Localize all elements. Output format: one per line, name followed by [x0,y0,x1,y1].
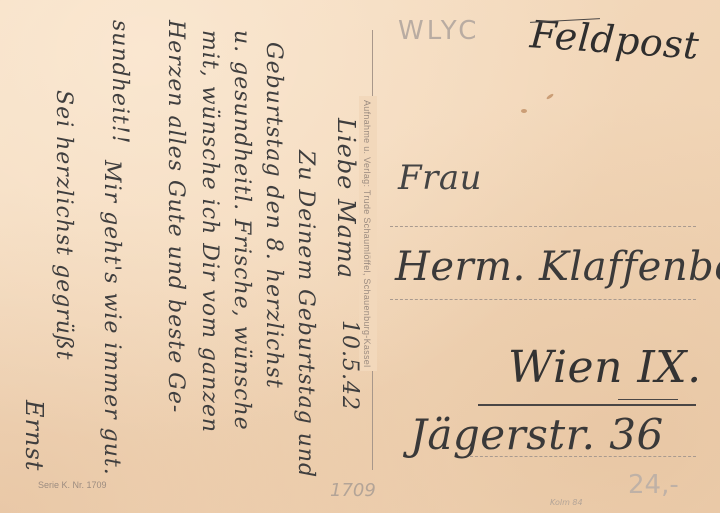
message-line-5: Herzen alles Gute und beste Ge- [163,20,188,413]
pencil-price-note: 24,- [628,470,679,500]
ink-stain [521,109,527,113]
message-date: 10.5.42 [337,320,362,411]
message-line-4: mit, wünsche ich Dir vom ganzen [197,30,222,433]
message-line-7: Mir geht's wie immer gut. [99,160,124,476]
pencil-code-note: WLYC [398,16,479,46]
address-line-1 [390,226,696,227]
address-salutation: Frau [398,158,482,198]
address-city: Wien IX. [508,342,702,393]
message-line-1: Zu Deinem Geburtstag und [293,150,318,478]
ink-stain [546,93,554,100]
message-line-8: Sei herzlichst gegrüßt [51,90,76,361]
address-line-2 [390,299,696,300]
pencil-number-note: 1709 [330,480,376,501]
series-number: Serie K. Nr. 1709 [38,480,107,490]
pencil-small-note: Kolm 84 [550,498,583,507]
message-signature: Ernst [20,400,48,471]
address-street: Jägerstr. 36 [410,410,664,459]
postcard: Aufnahme u. Verlag: Trude Schaumlöffel, … [0,0,720,513]
address-name: Herm. Klaffenböck [395,244,720,290]
message-line-3: u. gesundheitl. Frische, wünsche [229,30,254,431]
message-line-2: Geburtstag den 8. herzlichst [261,42,286,389]
address-city-underline-2 [618,399,678,400]
message-line-6: sundheit!! [107,20,132,144]
address-line-4 [470,456,696,457]
address-city-underline [478,404,696,406]
message-greeting: Liebe Mama [332,118,360,279]
